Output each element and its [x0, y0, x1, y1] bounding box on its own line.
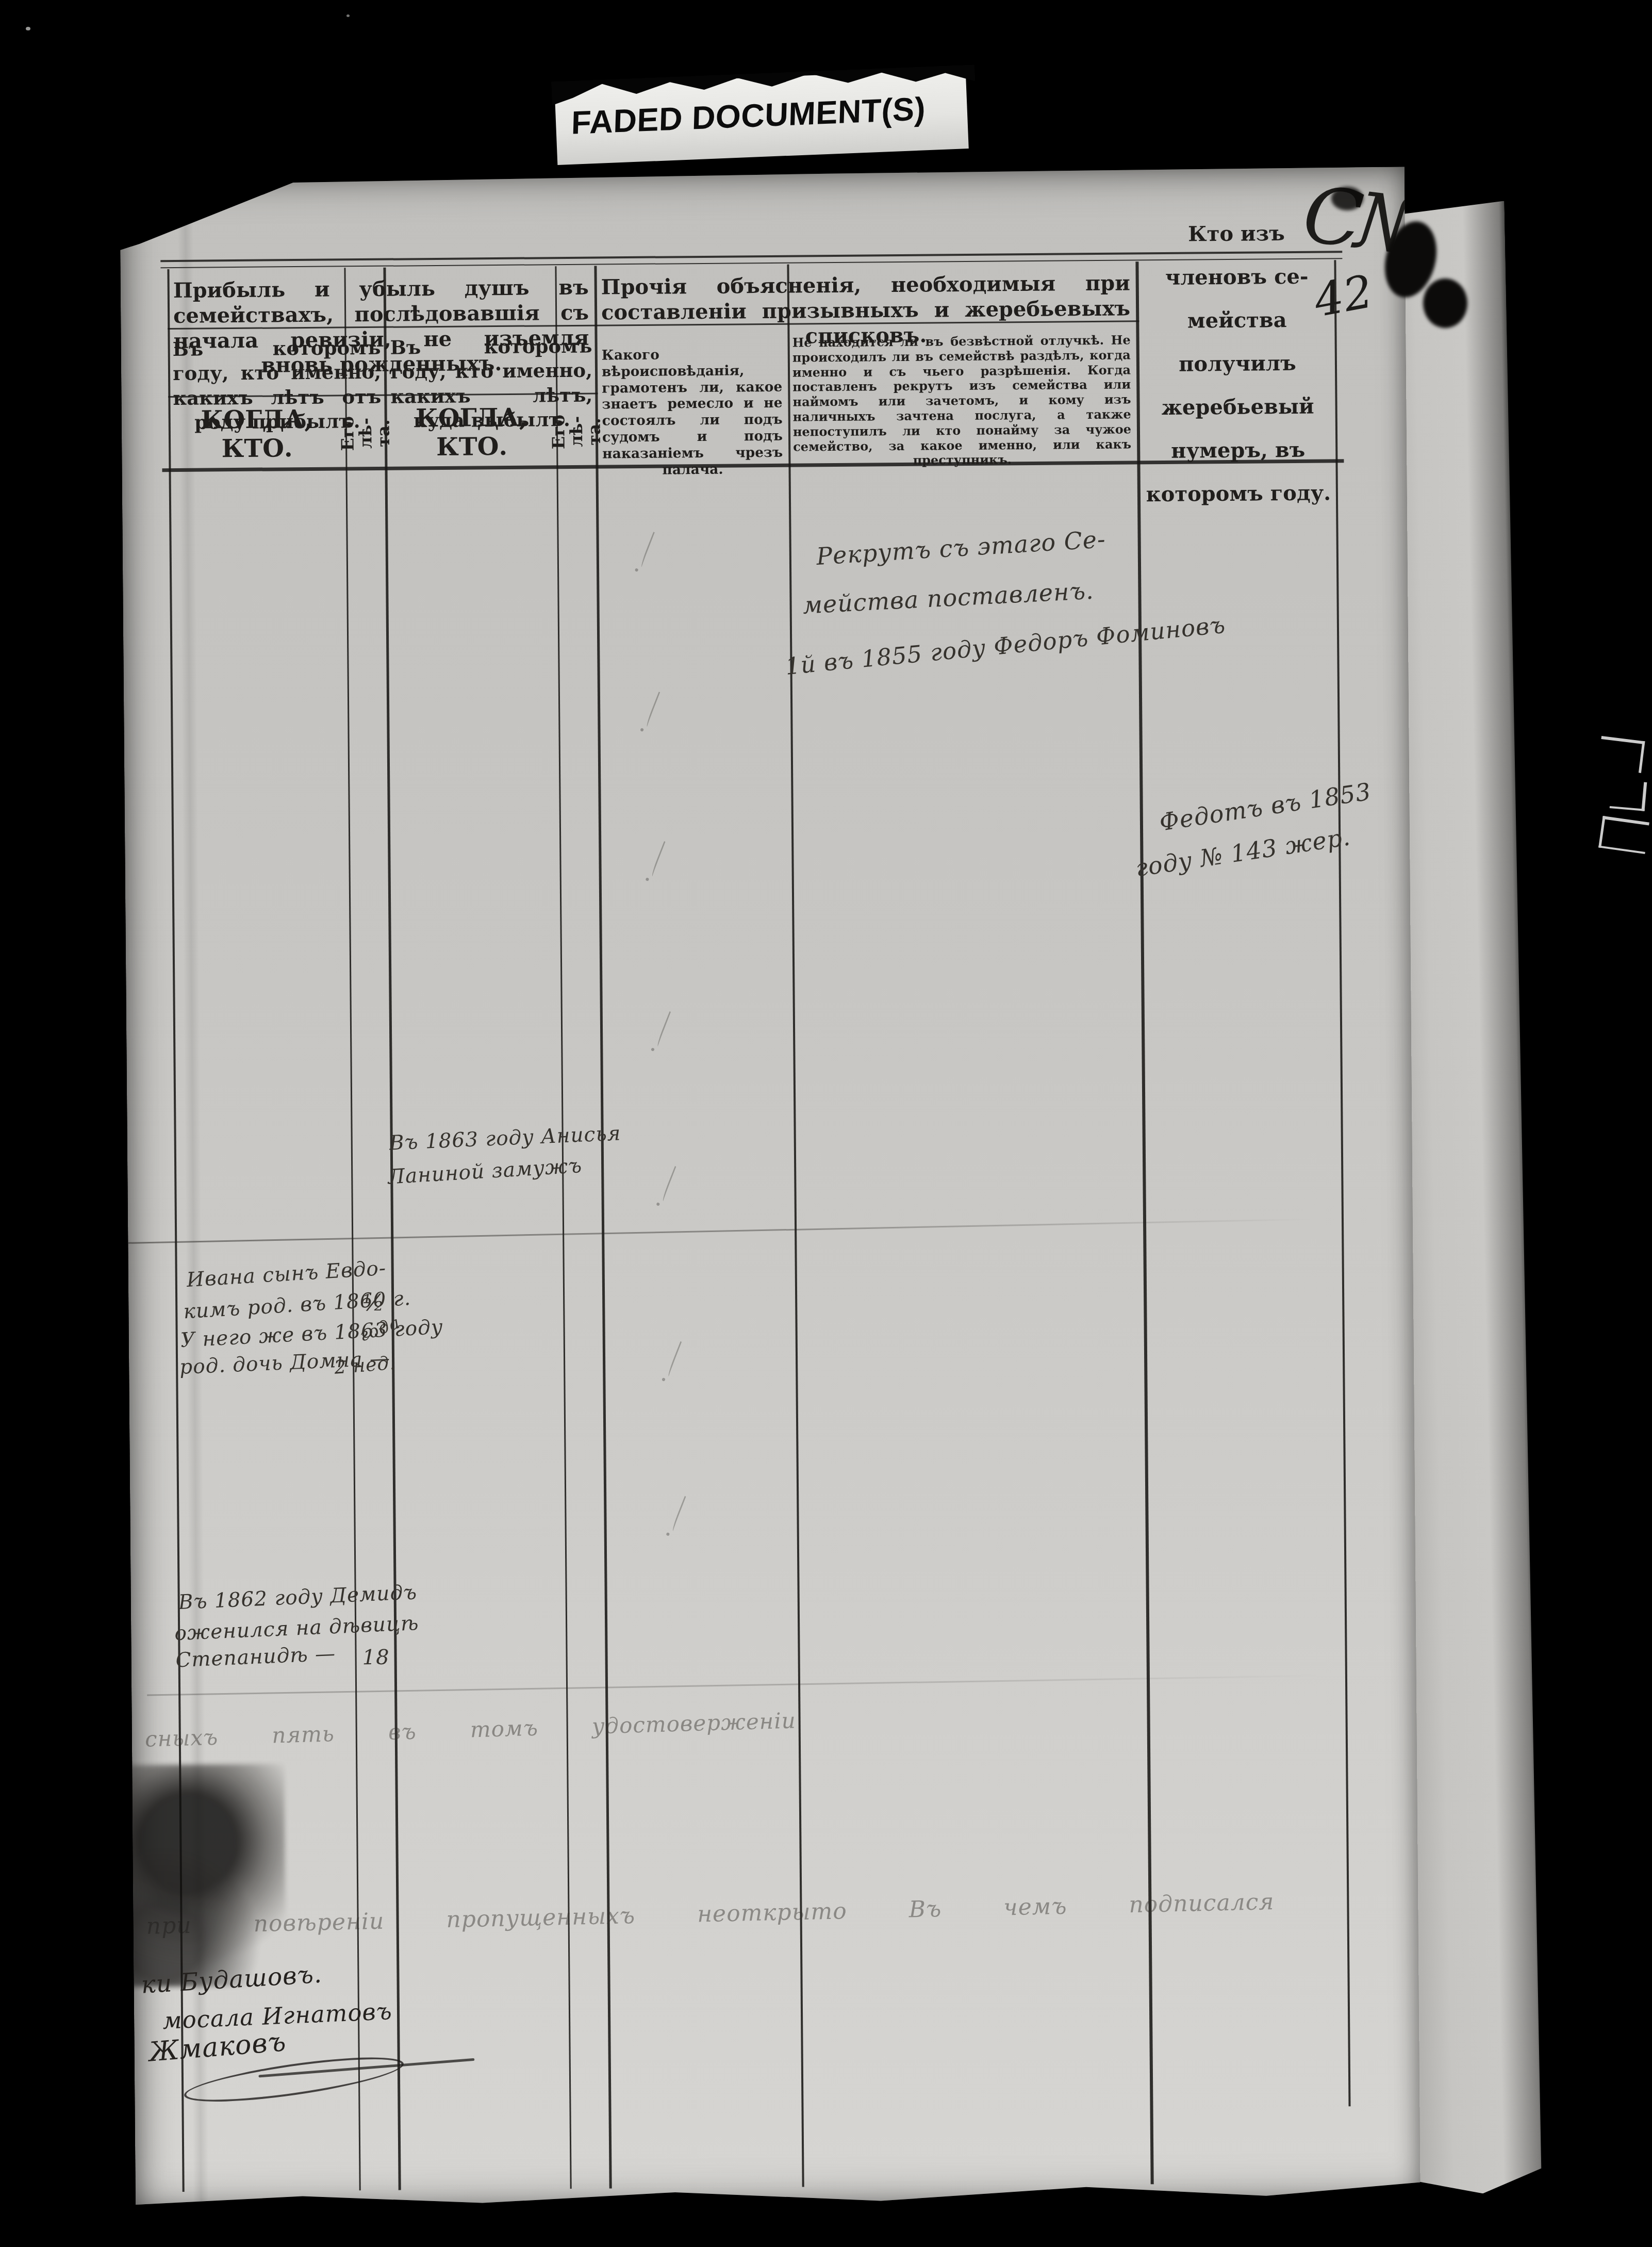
handwritten-age-weeks: 2 нед.	[334, 1353, 397, 1379]
faint-squiggle	[640, 532, 657, 568]
handwritten-arrived-line: Ивана сынъ Евдо-	[186, 1257, 387, 1292]
table-rule-vertical	[594, 266, 612, 2189]
faded-document-banner: FADED DOCUMENT(S)	[554, 69, 969, 165]
page-number: 42	[1310, 265, 1378, 327]
edge-fragment	[1598, 736, 1645, 773]
table-rule-vertical	[344, 268, 360, 2190]
column-title-religion-literacy: Какого вѣроисповѣда­нія, грамотенъ ли, к…	[602, 346, 783, 479]
handwritten-marriage-line: Въ 1862 году Демидъ	[178, 1581, 418, 1614]
dust-speck	[26, 27, 30, 30]
handwritten-age-half: ½	[362, 1290, 385, 1316]
row-separator-line	[147, 1675, 1323, 1696]
handwritten-marriage-line: оженился на дѣвицѣ	[174, 1612, 419, 1645]
dust-speck	[346, 14, 350, 17]
faint-squiggle	[671, 1496, 688, 1532]
column-title-absence-recruit: Не находится ли въ безвѣстной отлучкѣ. Н…	[792, 333, 1131, 469]
edge-fragment	[1598, 816, 1649, 854]
faint-squiggle	[656, 1011, 673, 1047]
edge-fragment	[1610, 779, 1647, 811]
handwritten-recruit-note-line: Рекрутъ съ этаго Се-	[816, 525, 1106, 570]
column-title-lot-number: Кто изъ членовъ се­мейства получилъ жере…	[1144, 273, 1331, 455]
faint-note-middle: сныхъ пять въ томъ удостоверженіи	[144, 1708, 796, 1751]
handwritten-marriage-age: 18	[362, 1646, 389, 1669]
header-when-who-arrived: КОГДА, КТО.	[168, 401, 345, 467]
banner-label: FADED DOCUMENT(S)	[571, 90, 926, 142]
handwritten-recruit-note-line: мейства поставленъ.	[802, 577, 1094, 619]
table-rule-vertical	[1334, 260, 1350, 2106]
ink-blot	[1423, 278, 1467, 328]
faint-note-bottom: при повѣреніи пропущенныхъ неоткрыто Въ …	[146, 1889, 1275, 1940]
faint-squiggle	[650, 841, 667, 877]
handwritten-departed-line: Ланиной замужъ	[387, 1154, 583, 1189]
scanned-archive-photo: Прибыль и убыль душъ въ семействахъ, пос…	[0, 0, 1652, 2247]
faint-squiggle	[667, 1341, 684, 1377]
faint-squiggle	[645, 692, 662, 728]
header-when-who-departed: КОГДА, КТО.	[387, 399, 556, 466]
ink-blot	[1331, 187, 1363, 210]
handwritten-recruit-note-line: 1й въ 1855 году Федоръ Фоминовъ	[784, 611, 1227, 680]
table-rule-vertical	[555, 266, 571, 2189]
table-rule-vertical	[383, 268, 401, 2190]
document-page: Прибыль и убыль душъ въ семействахъ, пос…	[120, 167, 1420, 2215]
header-his-age-departed: Его лѣ- та.	[557, 399, 596, 465]
handwritten-departed-line: Въ 1863 году Анисья	[389, 1122, 621, 1155]
header-his-age-arrived: Его лѣ- та.	[346, 401, 385, 466]
faint-squiggle	[661, 1166, 678, 1202]
ink-stamp	[109, 1764, 286, 1987]
row-separator-line	[128, 1219, 1314, 1244]
